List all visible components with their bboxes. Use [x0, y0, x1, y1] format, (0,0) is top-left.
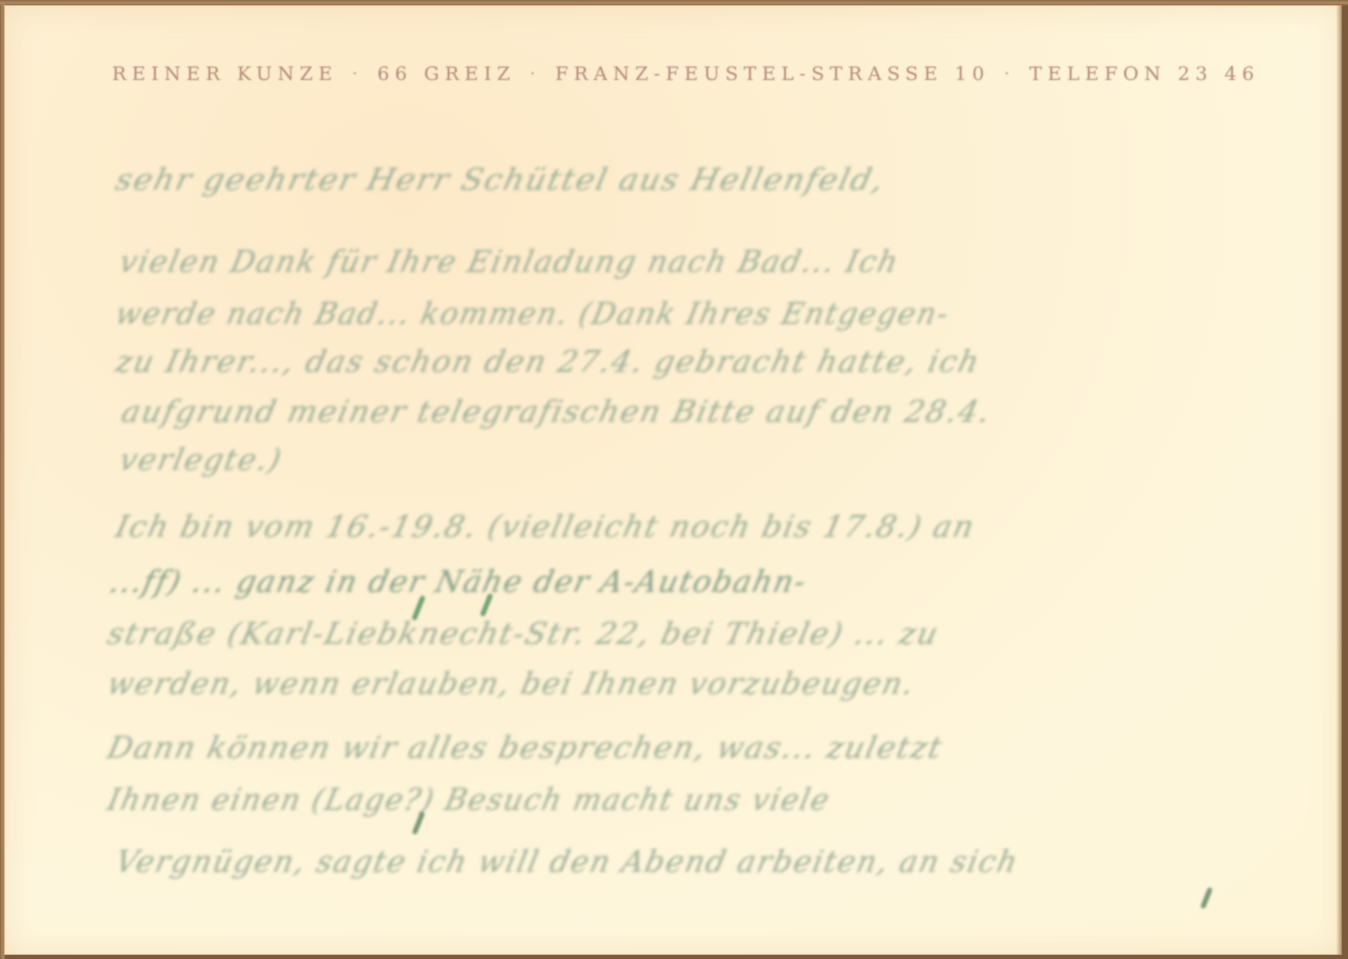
handwritten-line: aufgrund meiner telegrafischen Bitte auf… [118, 395, 994, 430]
handwritten-line: Dann können wir alles besprechen, was...… [104, 731, 946, 766]
ink-stroke-accent [1200, 887, 1213, 909]
handwritten-line: straße (Karl-Liebknecht-Str. 22, bei Thi… [104, 617, 942, 652]
handwritten-line: Vergnügen, sagte ich will den Abend arbe… [112, 845, 1022, 880]
handwritten-body: sehr geehrter Herr Schüttel aus Hellenfe… [4, 5, 1342, 955]
handwritten-line: werden, wenn erlauben, bei Ihnen vorzube… [104, 667, 918, 702]
handwritten-line: werde nach Bad... kommen. (Dank Ihres En… [112, 297, 952, 332]
handwritten-line: Ich bin vom 16.-19.8. (vielleicht noch b… [112, 510, 978, 545]
handwritten-line: vielen Dank für Ihre Einladung nach Bad.… [116, 245, 902, 280]
handwritten-line: verlegte.) [116, 443, 285, 478]
letter-card: REINER KUNZE · 66 GREIZ · FRANZ-FEUSTEL-… [4, 5, 1342, 955]
handwritten-line: Ihnen einen (Lage?) Besuch macht uns vie… [104, 783, 833, 818]
handwritten-line: zu Ihrer..., das schon den 27.4. gebrach… [112, 345, 983, 380]
handwritten-line: sehr geehrter Herr Schüttel aus Hellenfe… [112, 163, 888, 198]
handwritten-line: ...ff) ... ganz in der Nähe der A-Autoba… [106, 565, 810, 600]
